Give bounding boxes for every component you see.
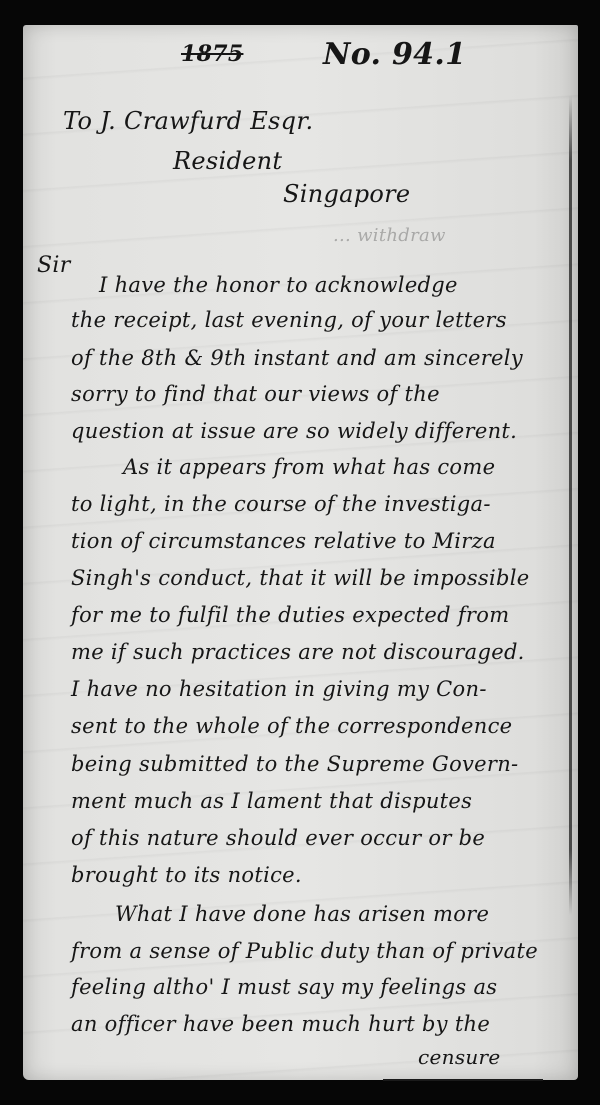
letter-line: question at issue are so widely differen… bbox=[71, 419, 517, 443]
folio-number: No. 94.1 bbox=[323, 37, 466, 72]
letter-line: being submitted to the Supreme Govern- bbox=[71, 752, 518, 776]
letter-line: tion of circumstances relative to Mirza bbox=[71, 529, 496, 553]
letter-line: the receipt, last evening, of your lette… bbox=[71, 308, 507, 332]
addressee-line: To J. Crawfurd Esqr. bbox=[63, 107, 313, 135]
letter-line: I have no hesitation in giving my Con- bbox=[71, 677, 487, 701]
letter-line: of this nature should ever occur or be bbox=[71, 826, 485, 850]
letter-line: brought to its notice. bbox=[71, 863, 302, 887]
page-fold-line bbox=[569, 95, 572, 915]
letter-line: I have the honor to acknowledge bbox=[99, 273, 458, 297]
addressee-place: Singapore bbox=[283, 180, 410, 208]
catchword: censure bbox=[418, 1045, 501, 1069]
letter-line: As it appears from what has come bbox=[123, 455, 495, 479]
letter-line: What I have done has arisen more bbox=[115, 902, 489, 926]
scanned-page: 1875 No. 94.1 To J. Crawfurd Esqr. Resid… bbox=[0, 0, 600, 1105]
letter-line: of the 8th & 9th instant and am sincerel… bbox=[71, 346, 523, 370]
struck-folio-number: 1875 bbox=[181, 41, 243, 67]
letter-line: ment much as I lament that disputes bbox=[71, 789, 472, 813]
bleedthrough-text: ... withdraw bbox=[333, 225, 446, 246]
addressee-title: Resident bbox=[173, 147, 282, 175]
letter-line: sorry to find that our views of the bbox=[71, 382, 440, 406]
letter-line: feeling altho' I must say my feelings as bbox=[71, 975, 497, 999]
letter-line: to light, in the course of the investiga… bbox=[71, 492, 491, 516]
letter-sheet: 1875 No. 94.1 To J. Crawfurd Esqr. Resid… bbox=[23, 25, 578, 1080]
salutation: Sir bbox=[37, 253, 71, 278]
letter-line: me if such practices are not discouraged… bbox=[71, 640, 525, 664]
letter-line: Singh's conduct, that it will be impossi… bbox=[71, 566, 530, 590]
letter-line: for me to fulfil the duties expected fro… bbox=[71, 603, 509, 627]
letter-line: sent to the whole of the correspondence bbox=[71, 714, 512, 738]
letter-line: from a sense of Public duty than of priv… bbox=[71, 939, 538, 963]
letter-line: an officer have been much hurt by the bbox=[71, 1012, 490, 1036]
catchword-underline bbox=[383, 1079, 543, 1081]
